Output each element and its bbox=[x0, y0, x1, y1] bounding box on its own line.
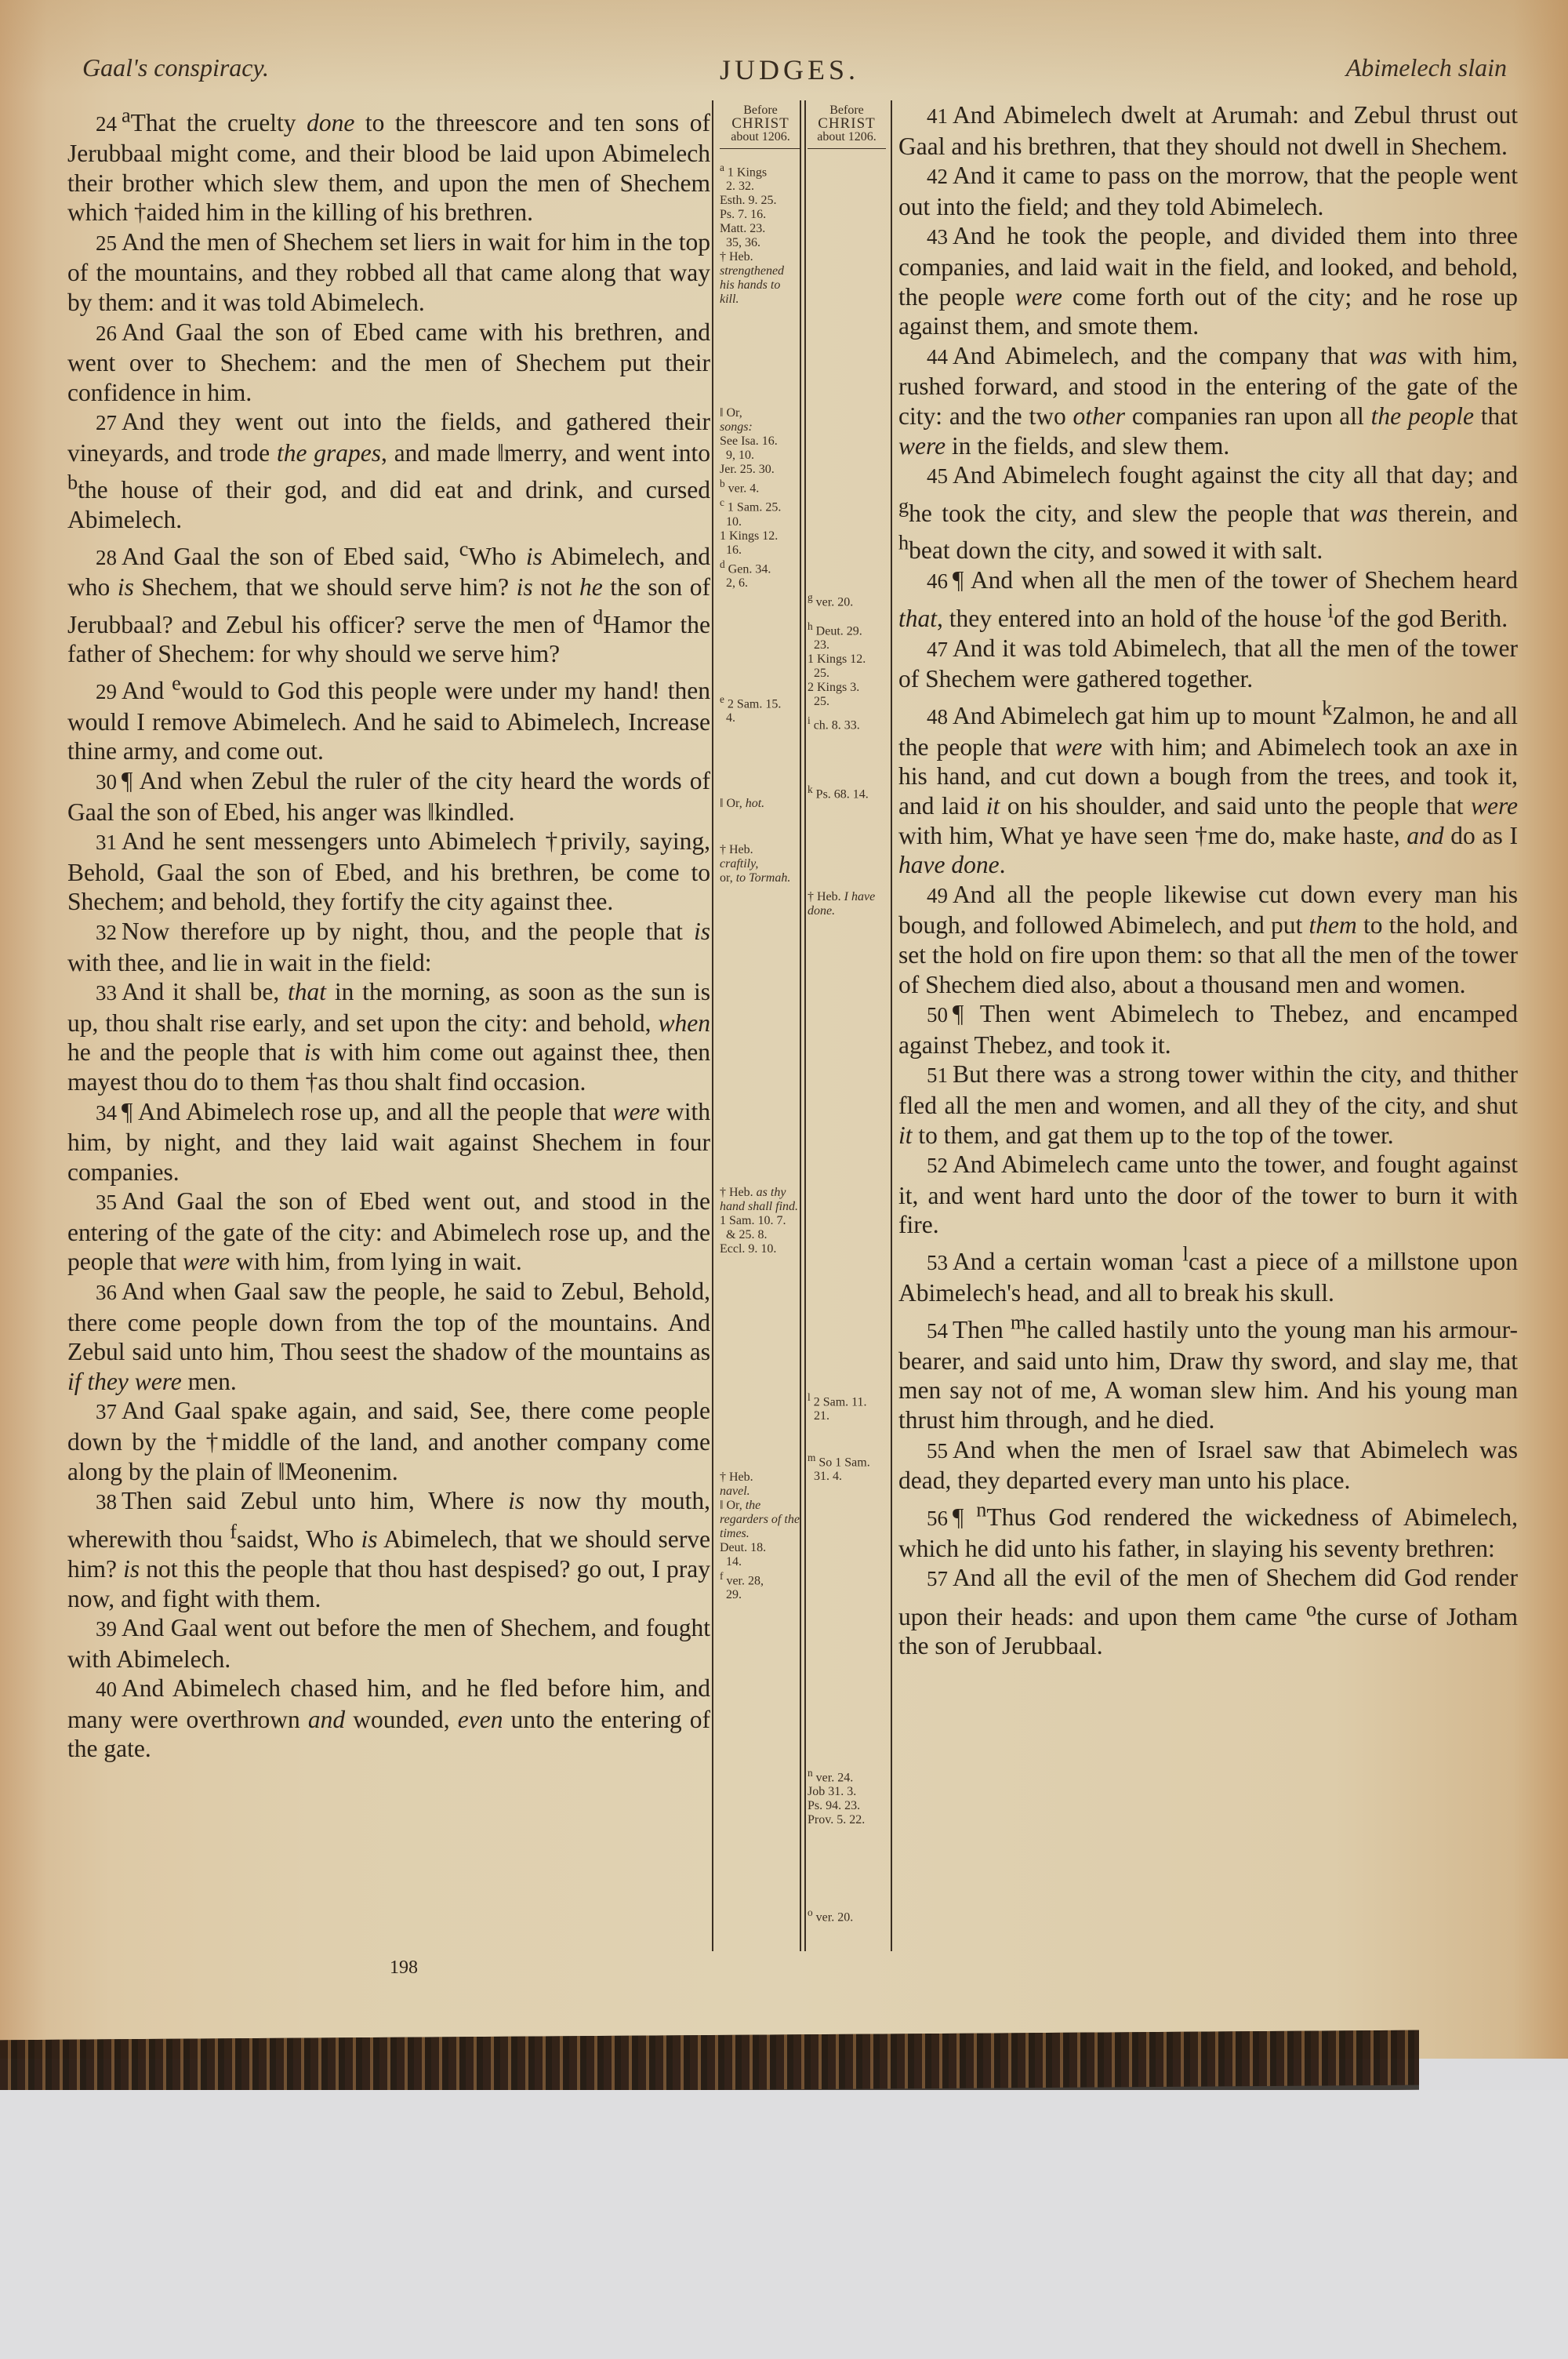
verse-25: 25And the men of Shechem set liers in wa… bbox=[67, 227, 710, 318]
verse-56: 56¶ nThus God rendered the wickedness of… bbox=[898, 1496, 1518, 1564]
verse-text: And Gaal the son of Ebed went out, and s… bbox=[67, 1187, 710, 1275]
era-heading: Before CHRIST about 1206. bbox=[720, 104, 801, 149]
verse-32: 32Now therefore up by night, thou, and t… bbox=[67, 917, 710, 977]
verse-number: 50 bbox=[927, 1003, 948, 1027]
verse-29: 29And ewould to God this people were und… bbox=[67, 669, 710, 766]
verse-39: 39And Gaal went out before the men of Sh… bbox=[67, 1613, 710, 1674]
verse-number: 53 bbox=[927, 1251, 948, 1274]
verse-43: 43And he took the people, and divided th… bbox=[898, 221, 1518, 340]
verse-number: 56 bbox=[927, 1507, 948, 1530]
verse-text: And it came to pass on the morrow, that … bbox=[898, 162, 1518, 220]
verse-44: 44And Abimelech, and the company that wa… bbox=[898, 341, 1518, 460]
verse-24: 24aThat the cruelty done to the threesco… bbox=[67, 100, 710, 227]
verse-38: 38Then said Zebul unto him, Where is now… bbox=[67, 1486, 710, 1613]
column-rule-left bbox=[712, 100, 713, 1951]
verse-55: 55And when the men of Israel saw that Ab… bbox=[898, 1435, 1518, 1496]
verse-42: 42And it came to pass on the morrow, tha… bbox=[898, 161, 1518, 221]
verse-text: And Abimelech came unto the tower, and f… bbox=[898, 1150, 1518, 1238]
verse-number: 37 bbox=[96, 1400, 117, 1423]
marginal-reference: l 2 Sam. 11. 21. bbox=[808, 1390, 889, 1423]
verse-51: 51But there was a strong tower within th… bbox=[898, 1060, 1518, 1150]
era-date: about 1206. bbox=[808, 130, 886, 144]
verse-text: ¶ And when all the men of the tower of S… bbox=[898, 566, 1518, 632]
marginal-reference: o ver. 20. bbox=[808, 1906, 889, 1925]
verse-number: 31 bbox=[96, 831, 117, 854]
verse-text: And Abimelech dwelt at Arumah: and Zebul… bbox=[898, 101, 1518, 160]
verse-40: 40And Abimelech chased him, and he fled … bbox=[67, 1674, 710, 1764]
verse-number: 57 bbox=[927, 1567, 948, 1590]
marginal-reference: ‖ Or,songs:See Isa. 16. 9, 10.Jer. 25. 3… bbox=[720, 406, 801, 591]
verse-text: ¶ Then went Abimelech to Thebez, and enc… bbox=[898, 1000, 1518, 1059]
marginal-reference: ‖ Or, hot. bbox=[720, 797, 801, 811]
verse-number: 29 bbox=[96, 680, 117, 703]
verse-text: And when Gaal saw the people, he said to… bbox=[67, 1278, 710, 1395]
verse-text: And Abimelech, and the company that was … bbox=[898, 342, 1518, 460]
era-heading: Before CHRIST about 1206. bbox=[808, 104, 886, 149]
verse-number: 32 bbox=[96, 921, 117, 944]
verse-number: 26 bbox=[96, 322, 117, 345]
verse-text: ¶ And when Zebul the ruler of the city h… bbox=[67, 767, 710, 826]
verse-text: Then said Zebul unto him, Where is now t… bbox=[67, 1487, 710, 1612]
marginal-reference: † Heb.craftily,or, to Tormah. bbox=[720, 843, 801, 885]
verse-number: 28 bbox=[96, 546, 117, 569]
verse-number: 54 bbox=[927, 1319, 948, 1343]
verse-34: 34¶ And Abimelech rose up, and all the p… bbox=[67, 1097, 710, 1187]
verse-text: And all the evil of the men of Shechem d… bbox=[898, 1564, 1518, 1659]
verse-text: And Gaal spake again, and said, See, the… bbox=[67, 1397, 710, 1485]
verse-text: ¶ nThus God rendered the wickedness of A… bbox=[898, 1503, 1518, 1562]
verse-text: And he took the people, and divided them… bbox=[898, 222, 1518, 340]
marginal-reference: i ch. 8. 33. bbox=[808, 714, 889, 732]
right-running-title: Abimelech slain bbox=[1346, 53, 1507, 82]
verse-28: 28And Gaal the son of Ebed said, cWho is… bbox=[67, 534, 710, 668]
verse-47: 47And it was told Abimelech, that all th… bbox=[898, 634, 1518, 694]
verse-57: 57And all the evil of the men of Shechem… bbox=[898, 1563, 1518, 1660]
verse-54: 54Then mhe called hastily unto the young… bbox=[898, 1308, 1518, 1435]
verse-33: 33And it shall be, that in the morning, … bbox=[67, 977, 710, 1096]
verse-text: And Gaal went out before the men of Shec… bbox=[67, 1614, 710, 1673]
verse-text: And it was told Abimelech, that all the … bbox=[898, 634, 1518, 693]
verse-number: 38 bbox=[96, 1490, 117, 1514]
verse-text: Then mhe called hastily unto the young m… bbox=[898, 1316, 1518, 1434]
verse-number: 47 bbox=[927, 638, 948, 661]
background-surface bbox=[0, 2090, 1568, 2359]
verse-50: 50¶ Then went Abimelech to Thebez, and e… bbox=[898, 999, 1518, 1060]
verse-41: 41And Abimelech dwelt at Arumah: and Zeb… bbox=[898, 100, 1518, 161]
verse-text: And the men of Shechem set liers in wait… bbox=[67, 228, 710, 316]
verse-number: 25 bbox=[96, 231, 117, 255]
marginal-reference: g ver. 20. bbox=[808, 591, 889, 609]
left-running-title: Gaal's conspiracy. bbox=[82, 53, 269, 82]
verse-27: 27And they went out into the fields, and… bbox=[67, 407, 710, 534]
book-title: JUDGES. bbox=[720, 53, 859, 86]
verse-53: 53And a certain woman lcast a piece of a… bbox=[898, 1240, 1518, 1308]
verse-37: 37And Gaal spake again, and said, See, t… bbox=[67, 1396, 710, 1486]
verse-number: 44 bbox=[927, 345, 948, 369]
verse-number: 46 bbox=[927, 569, 948, 593]
verse-text: But there was a strong tower within the … bbox=[898, 1060, 1518, 1148]
verse-number: 27 bbox=[96, 411, 117, 434]
verse-48: 48And Abimelech gat him up to mount kZal… bbox=[898, 694, 1518, 880]
verse-52: 52And Abimelech came unto the tower, and… bbox=[898, 1150, 1518, 1240]
verse-number: 24 bbox=[96, 112, 117, 136]
margin-column-1: Before CHRIST about 1206. a 1 Kings 2. 3… bbox=[720, 104, 801, 1954]
verse-text: And it shall be, that in the morning, as… bbox=[67, 978, 710, 1096]
era-christ: CHRIST bbox=[720, 117, 801, 130]
book-page: Gaal's conspiracy. JUDGES. Abimelech sla… bbox=[0, 0, 1568, 2059]
verse-26: 26And Gaal the son of Ebed came with his… bbox=[67, 318, 710, 408]
verse-35: 35And Gaal the son of Ebed went out, and… bbox=[67, 1187, 710, 1277]
verse-text: And they went out into the fields, and g… bbox=[67, 408, 710, 533]
era-christ: CHRIST bbox=[808, 117, 886, 130]
verse-number: 41 bbox=[927, 104, 948, 128]
verse-number: 55 bbox=[927, 1439, 948, 1463]
marginal-reference: e 2 Sam. 15. 4. bbox=[720, 692, 801, 725]
verse-number: 42 bbox=[927, 165, 948, 188]
verse-46: 46¶ And when all the men of the tower of… bbox=[898, 565, 1518, 634]
verse-number: 40 bbox=[96, 1677, 117, 1701]
verse-number: 52 bbox=[927, 1154, 948, 1177]
verse-text: And he sent messengers unto Abimelech †p… bbox=[67, 827, 710, 915]
verse-text: And Abimelech chased him, and he fled be… bbox=[67, 1674, 710, 1762]
verse-49: 49And all the people likewise cut down e… bbox=[898, 880, 1518, 999]
verse-text: And Gaal the son of Ebed said, cWho is A… bbox=[67, 543, 710, 667]
marginal-reference: † Heb. I have done. bbox=[808, 890, 889, 918]
left-text-column: 24aThat the cruelty done to the threesco… bbox=[67, 100, 710, 1764]
era-date: about 1206. bbox=[720, 130, 801, 144]
marginal-reference: † Heb. as thy hand shall find.1 Sam. 10.… bbox=[720, 1186, 801, 1256]
verse-number: 51 bbox=[927, 1063, 948, 1087]
marginal-reference: m So 1 Sam. 31. 4. bbox=[808, 1451, 889, 1484]
verse-text: aThat the cruelty done to the threescore… bbox=[67, 109, 710, 227]
verse-number: 49 bbox=[927, 884, 948, 907]
marginal-reference: n ver. 24.Job 31. 3.Ps. 94. 23.Prov. 5. … bbox=[808, 1766, 889, 1827]
page-number: 198 bbox=[390, 1957, 418, 1979]
verse-number: 35 bbox=[96, 1190, 117, 1214]
verse-text: And a certain woman lcast a piece of a m… bbox=[898, 1248, 1518, 1307]
verse-number: 30 bbox=[96, 770, 117, 794]
verse-number: 39 bbox=[96, 1617, 117, 1641]
verse-text: And Abimelech gat him up to mount kZalmo… bbox=[898, 702, 1518, 878]
right-text-column: 41And Abimelech dwelt at Arumah: and Zeb… bbox=[898, 100, 1518, 1661]
verse-text: And ewould to God this people were under… bbox=[67, 677, 710, 765]
verse-number: 48 bbox=[927, 705, 948, 729]
verse-text: And all the people likewise cut down eve… bbox=[898, 881, 1518, 998]
marginal-reference: † Heb.navel.‖ Or, the regarders of the t… bbox=[720, 1470, 801, 1602]
marginal-reference: k Ps. 68. 14. bbox=[808, 783, 889, 801]
running-header: Gaal's conspiracy. JUDGES. Abimelech sla… bbox=[0, 53, 1568, 93]
verse-number: 33 bbox=[96, 981, 117, 1005]
verse-45: 45And Abimelech fought against the city … bbox=[898, 460, 1518, 565]
verse-number: 45 bbox=[927, 464, 948, 488]
verse-text: And when the men of Israel saw that Abim… bbox=[898, 1436, 1518, 1495]
verse-number: 34 bbox=[96, 1101, 117, 1125]
verse-number: 43 bbox=[927, 225, 948, 249]
margin-column-2: Before CHRIST about 1206. g ver. 20.h De… bbox=[808, 104, 886, 1954]
verse-text: And Abimelech fought against the city al… bbox=[898, 461, 1518, 564]
verse-text: ¶ And Abimelech rose up, and all the peo… bbox=[67, 1098, 710, 1186]
verse-36: 36And when Gaal saw the people, he said … bbox=[67, 1277, 710, 1396]
verse-31: 31And he sent messengers unto Abimelech … bbox=[67, 827, 710, 917]
column-rule-right bbox=[891, 100, 892, 1951]
verse-text: Now therefore up by night, thou, and the… bbox=[67, 918, 710, 976]
marginal-reference: a 1 Kings 2. 32.Esth. 9. 25.Ps. 7. 16.Ma… bbox=[720, 161, 801, 307]
marginal-reference: h Deut. 29. 23.1 Kings 12. 25.2 Kings 3.… bbox=[808, 620, 889, 709]
verse-30: 30¶ And when Zebul the ruler of the city… bbox=[67, 766, 710, 827]
verse-text: And Gaal the son of Ebed came with his b… bbox=[67, 318, 710, 406]
column-rule-mid-b bbox=[804, 100, 806, 1951]
verse-number: 36 bbox=[96, 1281, 117, 1304]
